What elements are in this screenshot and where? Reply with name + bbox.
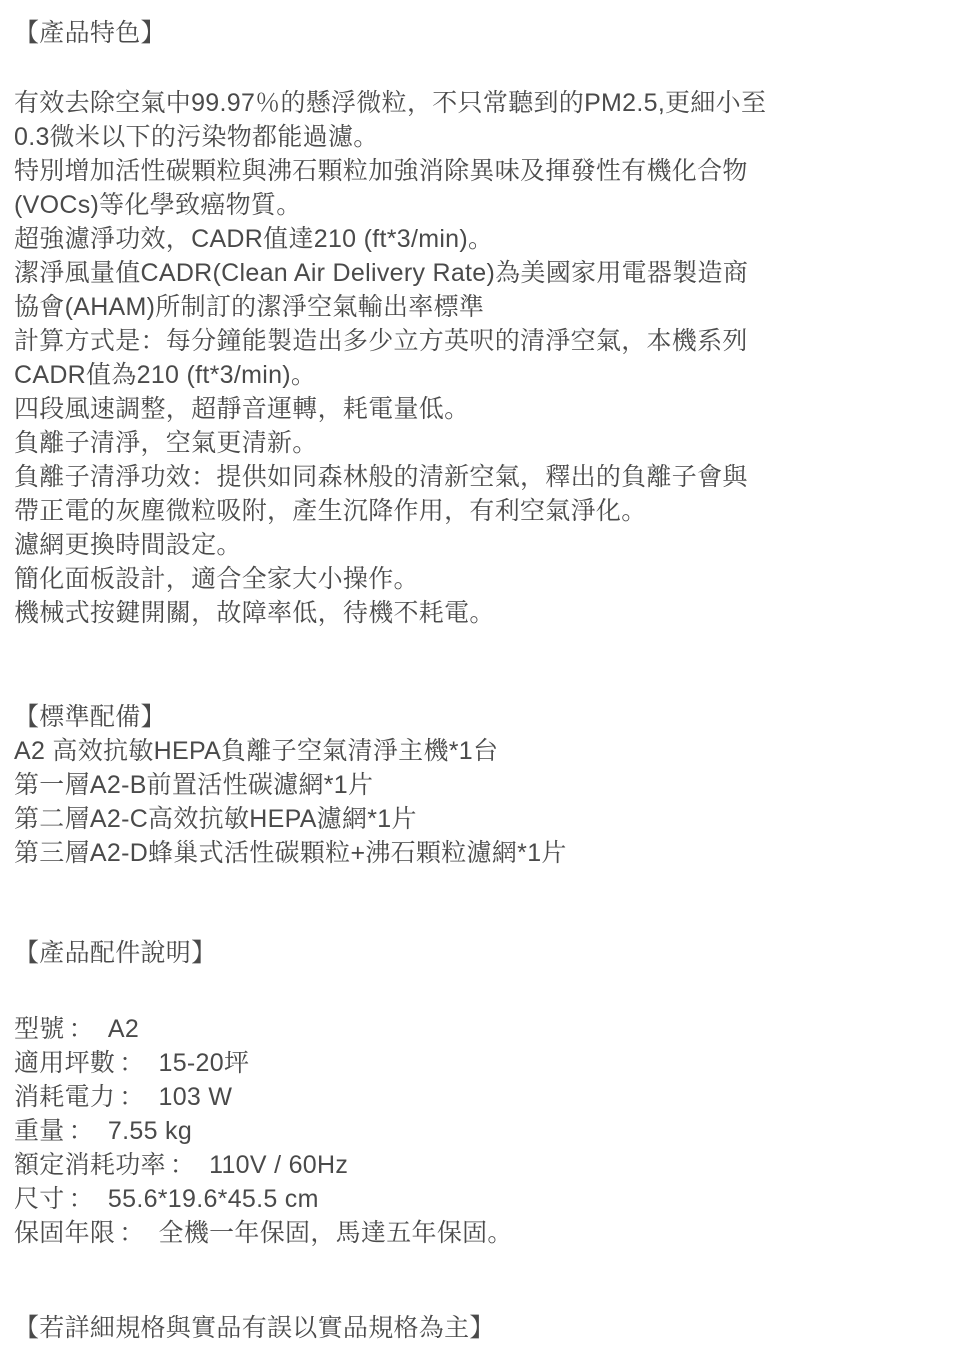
spec-label: 適用坪數 (14, 1049, 115, 1077)
spec-value: 103 W (159, 1083, 233, 1111)
spec-label: 重量 (14, 1117, 65, 1145)
spec-colon: ： (69, 1182, 94, 1216)
feature-line: 帶正電的灰塵微粒吸附，產生沉降作用，有利空氣淨化。 (14, 494, 936, 528)
feature-line: 四段風速調整，超靜音運轉，耗電量低。 (14, 392, 936, 426)
spec-value: 全機一年保固，馬達五年保固。 (159, 1219, 513, 1247)
feature-line: 簡化面板設計，適合全家大小操作。 (14, 562, 936, 596)
spec-label: 額定消耗功率 (14, 1151, 166, 1179)
feature-line: 0.3微米以下的污染物都能過濾。 (14, 120, 936, 154)
spec-colon: ： (69, 1114, 94, 1148)
spec-colon: ： (69, 1012, 94, 1046)
spec-value: 110V / 60Hz (209, 1151, 348, 1179)
equipment-item: 第三層A2-D蜂巢式活性碳顆粒+沸石顆粒濾網*1片 (14, 836, 936, 870)
section-title-features: 【產品特色】 (14, 16, 936, 50)
feature-line: 有效去除空氣中99.97％的懸浮微粒，不只常聽到的PM2.5,更細小至 (14, 86, 936, 120)
spec-row-rated-power: 額定消耗功率：110V / 60Hz (14, 1148, 936, 1182)
equipment-item: 第一層A2-B前置活性碳濾網*1片 (14, 768, 936, 802)
spec-label: 尺寸 (14, 1185, 65, 1213)
spec-colon: ： (119, 1080, 144, 1114)
spec-colon: ： (119, 1216, 144, 1250)
equipment-item: 第二層A2-C高效抗敏HEPA濾網*1片 (14, 802, 936, 836)
spec-value: 7.55 kg (108, 1117, 192, 1145)
spec-value: 55.6*19.6*45.5 cm (108, 1185, 319, 1213)
spec-value: A2 (108, 1015, 139, 1043)
spec-colon: ： (119, 1046, 144, 1080)
product-description-page: 【產品特色】 有效去除空氣中99.97％的懸浮微粒，不只常聽到的PM2.5,更細… (0, 0, 960, 1346)
feature-line: (VOCs)等化學致癌物質。 (14, 188, 936, 222)
spec-row-warranty: 保固年限：全機一年保固，馬達五年保固。 (14, 1216, 936, 1250)
feature-line: 負離子清淨，空氣更清新。 (14, 426, 936, 460)
feature-line: CADR值為210 (ft*3/min)。 (14, 358, 936, 392)
spec-row-power: 消耗電力：103 W (14, 1080, 936, 1114)
specs-block: 型號：A2 適用坪數：15-20坪 消耗電力：103 W 重量：7.55 kg … (14, 1012, 936, 1250)
feature-line: 負離子清淨功效：提供如同森林般的清新空氣，釋出的負離子會與 (14, 460, 936, 494)
section-title-accessories: 【產品配件說明】 (14, 936, 936, 970)
spec-label: 消耗電力 (14, 1083, 115, 1111)
spec-row-coverage: 適用坪數：15-20坪 (14, 1046, 936, 1080)
spec-colon: ： (170, 1148, 195, 1182)
spec-label: 保固年限 (14, 1219, 115, 1247)
spec-row-dimensions: 尺寸：55.6*19.6*45.5 cm (14, 1182, 936, 1216)
spec-row-model: 型號：A2 (14, 1012, 936, 1046)
section-title-disclaimer: 【若詳細規格與實品有誤以實品規格為主】 (14, 1311, 936, 1345)
section-title-equipment: 【標準配備】 (14, 700, 936, 734)
feature-line: 超強濾淨功效，CADR值達210 (ft*3/min)。 (14, 222, 936, 256)
features-block: 有效去除空氣中99.97％的懸浮微粒，不只常聽到的PM2.5,更細小至 0.3微… (14, 86, 936, 630)
spec-label: 型號 (14, 1015, 65, 1043)
feature-line: 濾網更換時間設定。 (14, 528, 936, 562)
feature-line: 機械式按鍵開關，故障率低，待機不耗電。 (14, 596, 936, 630)
feature-line: 協會(AHAM)所制訂的潔淨空氣輸出率標準 (14, 290, 936, 324)
equipment-block: 【標準配備】 A2 高效抗敏HEPA負離子空氣清淨主機*1台 第一層A2-B前置… (14, 700, 936, 870)
feature-line: 特別增加活性碳顆粒與沸石顆粒加強消除異味及揮發性有機化合物 (14, 154, 936, 188)
feature-line: 潔淨風量值CADR(Clean Air Delivery Rate)為美國家用電… (14, 256, 936, 290)
equipment-item: A2 高效抗敏HEPA負離子空氣清淨主機*1台 (14, 734, 936, 768)
spec-value: 15-20坪 (159, 1049, 250, 1077)
feature-line: 計算方式是：每分鐘能製造出多少立方英呎的清淨空氣，本機系列 (14, 324, 936, 358)
spec-row-weight: 重量：7.55 kg (14, 1114, 936, 1148)
